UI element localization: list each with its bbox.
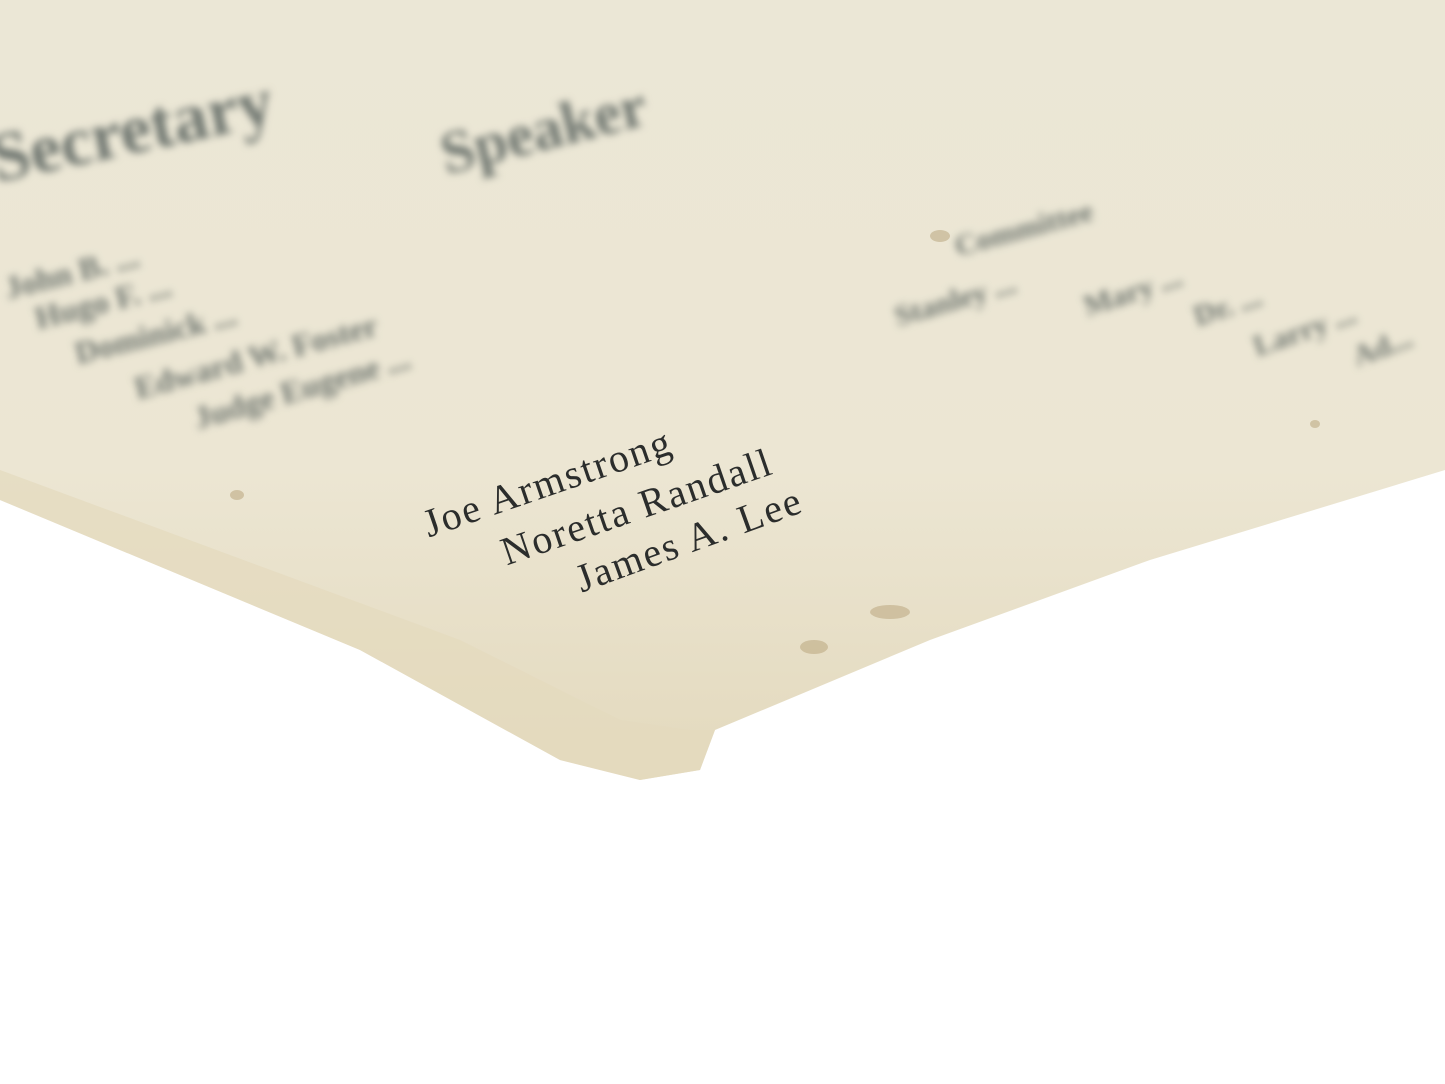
stain-spot [1310, 420, 1320, 428]
stain-spot [800, 640, 828, 654]
stain-spot [930, 230, 950, 242]
stain-spot [230, 490, 244, 500]
stain-spot [870, 605, 910, 619]
